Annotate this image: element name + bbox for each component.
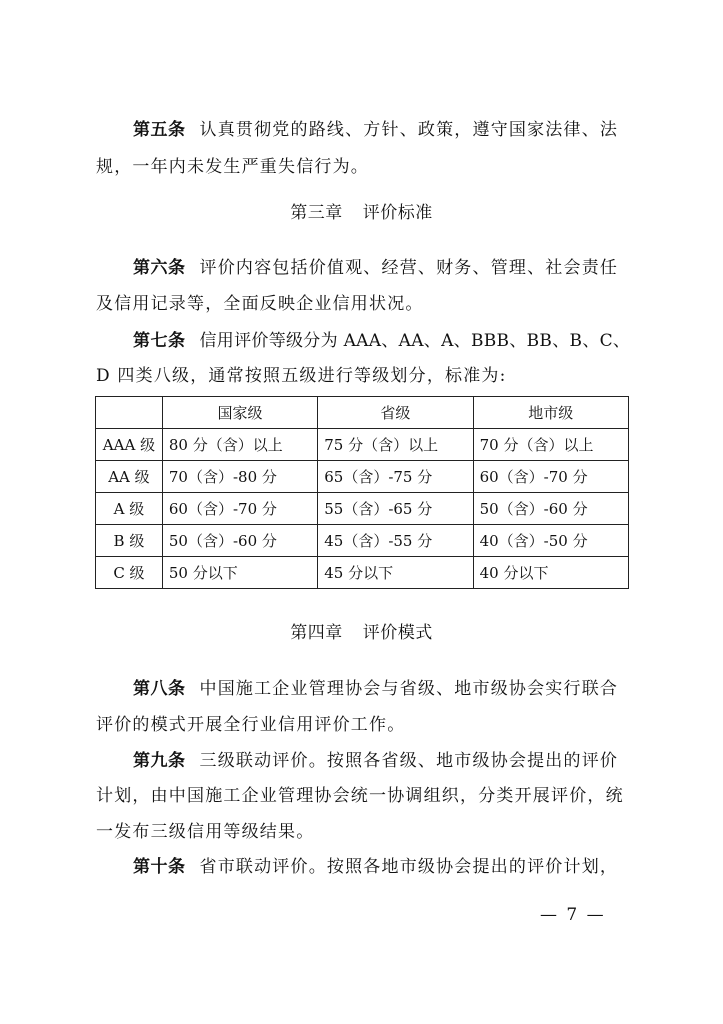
article-9-label: 第九条 bbox=[133, 751, 186, 771]
grade-cell: AAA 级 bbox=[96, 429, 163, 461]
article-8-line-2: 评价的模式开展全行业信用评价工作。 bbox=[96, 715, 632, 735]
article-10-text: 省市联动评价。按照各地市级协会提出的评价计划， bbox=[200, 857, 619, 877]
table-cell: 60（含）-70 分 bbox=[162, 493, 317, 525]
article-5-label: 第五条 bbox=[133, 120, 186, 140]
chapter-3-heading: 第三章评价标准 bbox=[0, 203, 723, 223]
table-row: AAA 级 80 分（含）以上 75 分（含）以上 70 分（含）以上 bbox=[96, 429, 629, 461]
article-6-line-1: 第六条评价内容包括价值观、经营、财务、管理、社会责任 bbox=[133, 258, 669, 278]
chapter-4-title: 评价模式 bbox=[363, 623, 433, 643]
table-row: C 级 50 分以下 45 分以下 40 分以下 bbox=[96, 557, 629, 589]
table-header-cell bbox=[96, 397, 163, 429]
table-cell: 65（含）-75 分 bbox=[318, 461, 473, 493]
article-5-line-2: 规，一年内未发生严重失信行为。 bbox=[96, 157, 632, 177]
page-number: — 7 — bbox=[540, 905, 606, 925]
table-cell: 45（含）-55 分 bbox=[318, 525, 473, 557]
table-cell: 60（含）-70 分 bbox=[473, 461, 628, 493]
article-9-text: 三级联动评价。按照各省级、地市级协会提出的评价 bbox=[200, 751, 619, 771]
article-6-text: 评价内容包括价值观、经营、财务、管理、社会责任 bbox=[200, 258, 619, 278]
table-row: B 级 50（含）-60 分 45（含）-55 分 40（含）-50 分 bbox=[96, 525, 629, 557]
table-cell: 80 分（含）以上 bbox=[162, 429, 317, 461]
article-8-text: 中国施工企业管理协会与省级、地市级协会实行联合 bbox=[200, 679, 619, 699]
credit-grade-table: 国家级 省级 地市级 AAA 级 80 分（含）以上 75 分（含）以上 70 … bbox=[95, 396, 629, 589]
table-header-cell: 地市级 bbox=[473, 397, 628, 429]
article-10-label: 第十条 bbox=[133, 857, 186, 877]
article-9-line-1: 第九条三级联动评价。按照各省级、地市级协会提出的评价 bbox=[133, 751, 669, 771]
chapter-4-number: 第四章 bbox=[290, 623, 343, 643]
table-cell: 50 分以下 bbox=[162, 557, 317, 589]
article-9-line-3: 一发布三级信用等级结果。 bbox=[96, 822, 632, 842]
article-7-line-2: D 四类八级，通常按照五级进行等级划分，标准为: bbox=[96, 366, 632, 386]
article-5-text: 认真贯彻党的路线、方针、政策，遵守国家法律、法 bbox=[200, 120, 619, 140]
table-cell: 40（含）-50 分 bbox=[473, 525, 628, 557]
article-5-line-1: 第五条认真贯彻党的路线、方针、政策，遵守国家法律、法 bbox=[133, 120, 669, 140]
article-8-label: 第八条 bbox=[133, 679, 186, 699]
grade-cell: A 级 bbox=[96, 493, 163, 525]
chapter-4-heading: 第四章评价模式 bbox=[0, 623, 723, 643]
table-cell: 55（含）-65 分 bbox=[318, 493, 473, 525]
table-cell: 50（含）-60 分 bbox=[473, 493, 628, 525]
grade-cell: B 级 bbox=[96, 525, 163, 557]
grade-cell: C 级 bbox=[96, 557, 163, 589]
table-header-row: 国家级 省级 地市级 bbox=[96, 397, 629, 429]
table-header-cell: 国家级 bbox=[162, 397, 317, 429]
table-cell: 40 分以下 bbox=[473, 557, 628, 589]
article-7-text: 信用评价等级分为 AAA、AA、A、BBB、BB、B、C、 bbox=[200, 331, 631, 351]
article-7-line-1: 第七条信用评价等级分为 AAA、AA、A、BBB、BB、B、C、 bbox=[133, 331, 669, 351]
chapter-3-title: 评价标准 bbox=[363, 203, 433, 223]
article-7-label: 第七条 bbox=[133, 331, 186, 351]
article-10-line-1: 第十条省市联动评价。按照各地市级协会提出的评价计划， bbox=[133, 857, 669, 877]
article-9-line-2: 计划，由中国施工企业管理协会统一协调组织，分类开展评价，统 bbox=[96, 786, 632, 806]
table-cell: 70 分（含）以上 bbox=[473, 429, 628, 461]
grade-cell: AA 级 bbox=[96, 461, 163, 493]
article-6-line-2: 及信用记录等，全面反映企业信用状况。 bbox=[96, 294, 632, 314]
article-8-line-1: 第八条中国施工企业管理协会与省级、地市级协会实行联合 bbox=[133, 679, 669, 699]
chapter-3-number: 第三章 bbox=[290, 203, 343, 223]
table-cell: 50（含）-60 分 bbox=[162, 525, 317, 557]
table-header-cell: 省级 bbox=[318, 397, 473, 429]
table-cell: 45 分以下 bbox=[318, 557, 473, 589]
article-6-label: 第六条 bbox=[133, 258, 186, 278]
table-cell: 75 分（含）以上 bbox=[318, 429, 473, 461]
table-row: A 级 60（含）-70 分 55（含）-65 分 50（含）-60 分 bbox=[96, 493, 629, 525]
table-cell: 70（含）-80 分 bbox=[162, 461, 317, 493]
table-row: AA 级 70（含）-80 分 65（含）-75 分 60（含）-70 分 bbox=[96, 461, 629, 493]
